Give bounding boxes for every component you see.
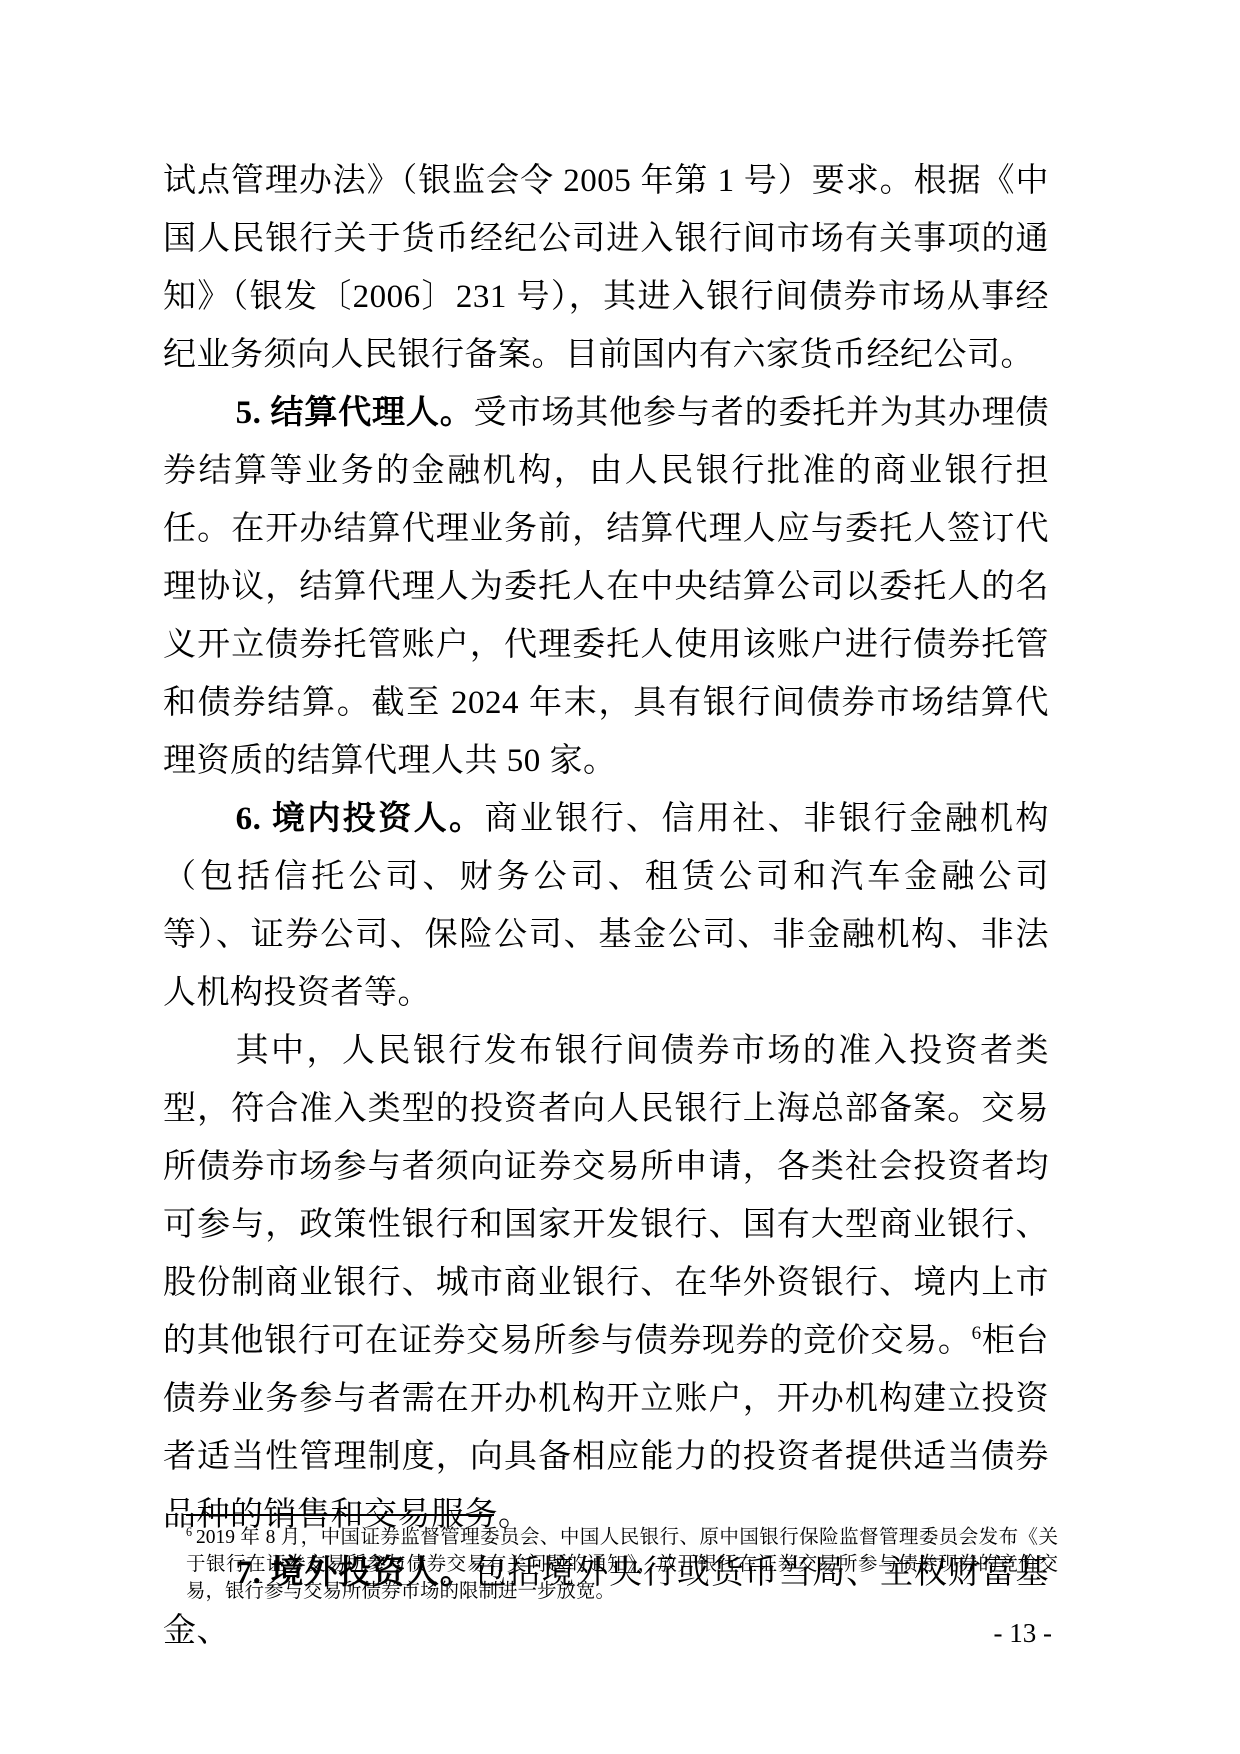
paragraph: 试点管理办法》（银监会令 2005 年第 1 号）要求。根据《中国人民银行关于货… [163,152,1049,384]
text-run: 试点管理办法》（银监会令 2005 年第 1 号）要求。根据《中国人民银行关于货… [163,163,1049,373]
heading-run: 5. 结算代理人。 [236,395,474,431]
paragraph: 其中，人民银行发布银行间债券市场的准入投资者类型，符合准入类型的投资者向人民银行… [163,1022,1049,1544]
paragraph: 6. 境内投资人。商业银行、信用社、非银行金融机构（包括信托公司、财务公司、租赁… [163,790,1049,1022]
document-page: 试点管理办法》（银监会令 2005 年第 1 号）要求。根据《中国人民银行关于货… [0,0,1240,1754]
text-run: 其中，人民银行发布银行间债券市场的准入投资者类型，符合准入类型的投资者向人民银行… [163,1033,1049,1359]
body-text: 试点管理办法》（银监会令 2005 年第 1 号）要求。根据《中国人民银行关于货… [163,152,1049,1660]
footnote: 62019 年 8 月，中国证券监督管理委员会、中国人民银行、原中国银行保险监督… [186,1524,1058,1605]
paragraph: 5. 结算代理人。受市场其他参与者的委托并为其办理债券结算等业务的金融机构，由人… [163,384,1049,790]
footnote-separator [186,1514,494,1516]
text-run: 受市场其他参与者的委托并为其办理债券结算等业务的金融机构，由人民银行批准的商业银… [163,395,1049,779]
heading-run: 6. 境内投资人。 [236,801,485,837]
page-number: - 13 - [994,1616,1052,1650]
footnote-marker: 6 [186,1525,192,1539]
footnote-text: 2019 年 8 月，中国证券监督管理委员会、中国人民银行、原中国银行保险监督管… [186,1527,1058,1602]
footnote-reference: 6 [972,1323,982,1344]
